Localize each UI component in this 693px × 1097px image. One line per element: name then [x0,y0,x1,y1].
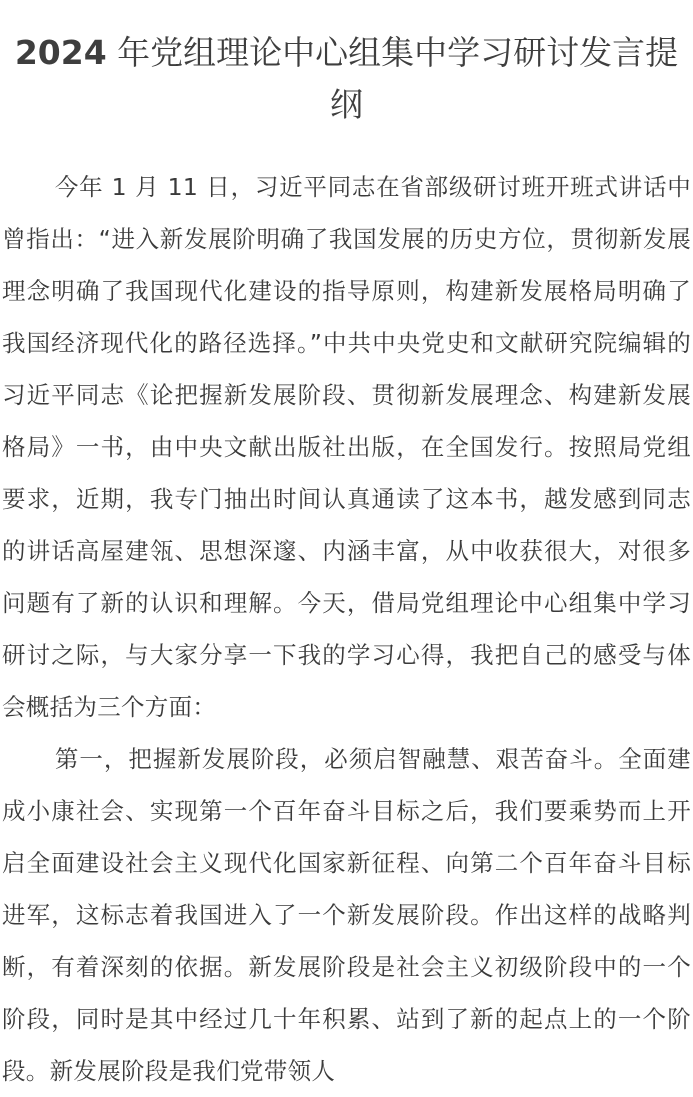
paragraph-first-point: 第一，把握新发展阶段，必须启智融慧、艰苦奋斗。全面建成小康社会、实现第一个百年奋… [0,733,693,1097]
title-text: 年党组理论中心组集中学习研讨发言提纲 [107,33,679,124]
document-body: 今年 1 月 11 日，习近平同志在省部级研讨班开班式讲话中曾指出：“进入新发展… [0,161,693,1097]
document-page: 2024 年党组理论中心组集中学习研讨发言提纲 今年 1 月 11 日，习近平同… [0,0,693,1097]
document-title: 2024 年党组理论中心组集中学习研讨发言提纲 [0,0,693,131]
paragraph-intro: 今年 1 月 11 日，习近平同志在省部级研讨班开班式讲话中曾指出：“进入新发展… [0,161,693,733]
title-year: 2024 [15,33,107,72]
